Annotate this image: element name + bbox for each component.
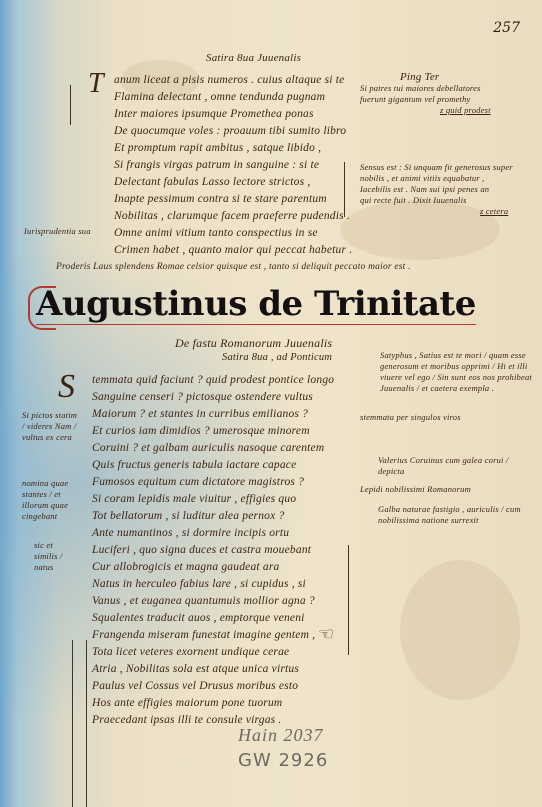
margin-gloss-left: Si pictos statim / videres Nam / vultus … (22, 410, 82, 443)
verse-line: Frangenda miseram funestat imagine gente… (92, 627, 334, 644)
margin-bracket (70, 85, 71, 125)
manicule-icon: ☜ (318, 624, 334, 645)
verse-line: Coruini ? et galbam auriculis nasoque ca… (92, 440, 334, 457)
verse-line: De quocumque voles : proauum tibi sumito… (114, 123, 356, 140)
verse-line: Si coram lepidis male viuitur , effigies… (92, 491, 334, 508)
verse-line: Tot bellatorum , si luditur alea pernox … (92, 508, 334, 525)
verse-line: temmata quid faciunt ? quid prodest pont… (92, 372, 334, 389)
margin-gloss-left: nomina quae stantes / et illorum quae ci… (22, 478, 86, 522)
verse-line: Fumosos equitum cum dictatore magistros … (92, 474, 334, 491)
verse-line: anum liceat a pisis numeros . cuius alta… (114, 72, 356, 89)
verse-line: Squalentes traducit auos , emptorque ven… (92, 610, 334, 627)
verse-line: Omne animi vitium tanto conspectius in s… (114, 225, 356, 242)
verse-line: Quis fructus generis tabula iactare capa… (92, 457, 334, 474)
page-title: Augustinus de Trinitate (36, 284, 476, 325)
margin-gloss-right: stemmata per singulos viros (360, 412, 461, 423)
margin-gloss-left: sic et similis / natus (34, 540, 74, 573)
verse-line: Et promptum rapit ambitus , satque libid… (114, 140, 356, 157)
margin-bracket (86, 640, 87, 807)
verse-line: Sanguine censeri ? pictosque ostendere v… (92, 389, 334, 406)
margin-bracket (72, 640, 73, 807)
poem-section-2: S temmata quid faciunt ? quid prodest po… (92, 372, 334, 729)
poem-section-1: Satira 8ua Juuenalis T anum liceat a pis… (96, 72, 356, 259)
shelfmark-gw: GW 2926 (238, 748, 328, 774)
drop-initial: S (58, 368, 75, 406)
verse-line: Inter maiores ipsumque Promethea ponas (114, 106, 356, 123)
verse-line: Flamina delectant , omne tendunda pugnam (114, 89, 356, 106)
drop-initial: T (88, 68, 104, 100)
rubric-initial-decoration (28, 286, 56, 330)
margin-gloss-right: Sensus est : Si unquam fit generosus sup… (360, 162, 513, 217)
shelfmark: Hain 2037 GW 2926 (238, 722, 328, 774)
margin-gloss-right: Satyphus , Satius est te mori / quam ess… (380, 350, 540, 394)
water-stain (400, 560, 520, 700)
margin-gloss-left: Iurisprudentia sua (24, 226, 91, 237)
verse-line: Nobilitas , clarumque facem praeferre pu… (114, 208, 356, 225)
shelfmark-hain: Hain 2037 (238, 722, 328, 748)
verse-line: Luciferi , quo signa duces et castra mou… (92, 542, 334, 559)
verse-line: Hos ante effigies maiorum pone tuorum (92, 695, 334, 712)
verse-line: Delectant fabulas Lasso lectore strictos… (114, 174, 356, 191)
margin-bracket (344, 162, 345, 217)
section-heading: Satira 8ua Juuenalis (206, 52, 301, 64)
verse-line: Et curios iam dimidios ? umerosque minor… (92, 423, 334, 440)
verse-line: Tota licet veteres exornent undique cera… (92, 644, 334, 661)
verse-line: Cur allobrogicis et magna gaudeat ara (92, 559, 334, 576)
verse-line: Maiorum ? et stantes in curribus emilian… (92, 406, 334, 423)
section-subheading: Satira 8ua , ad Ponticum (222, 352, 332, 363)
verse-line: Natus in herculeo fabius lare , si cupid… (92, 576, 334, 593)
verse-line: Atria , Nobilitas sola est atque unica v… (92, 661, 334, 678)
verse-line: Paulus vel Cossus vel Drusus moribus est… (92, 678, 334, 695)
margin-gloss-right: Ping Ter Si patres tui maiores debellato… (360, 72, 491, 116)
closing-line: Proderis Laus splendens Romae celsior qu… (56, 262, 411, 272)
section-heading: De fastu Romanorum Juuenalis (175, 336, 332, 351)
verse-line: Crimen habet , quanto maior qui peccat h… (114, 242, 356, 259)
manuscript-page: 257 Satira 8ua Juuenalis T anum liceat a… (0, 0, 542, 807)
verse-line: Inapte pessimum contra si te stare paren… (114, 191, 356, 208)
verse-line: Vanus , et euganea quantumuis mollior ag… (92, 593, 334, 610)
verse-line: Si frangis virgas patrum in sanguine : s… (114, 157, 356, 174)
margin-gloss-right: Galba naturae fastigio , auriculis / cum… (378, 504, 538, 526)
margin-bracket (348, 545, 349, 655)
margin-gloss-right: Valerius Coruinus cum galea corui / depi… (378, 455, 528, 477)
folio-number: 257 (493, 20, 520, 36)
verse-line: Ante numantinos , si dormire incipis ort… (92, 525, 334, 542)
margin-gloss-right: Lepidi nobilissimi Romanorum (360, 484, 471, 495)
